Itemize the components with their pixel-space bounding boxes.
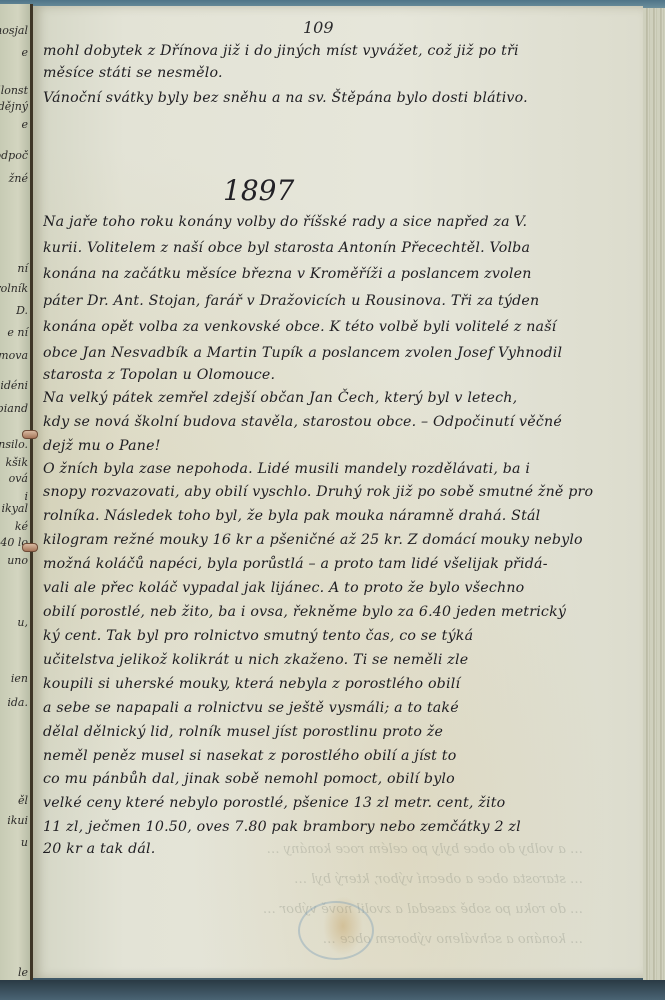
manuscript-page: 109 1897 … a volby do obce byly po celém…: [33, 6, 643, 978]
left-page-text-fragment: ěl: [18, 794, 28, 807]
text-line: snopy rozvazovati, aby obilí vyschlo. Dr…: [43, 482, 638, 502]
text-line: co mu pánbůh dal, jinak sobě nemohl pomo…: [43, 769, 638, 789]
text-line: Na velký pátek zemřel zdejší občan Jan Č…: [43, 388, 638, 408]
text-line: konána opět volba za venkovské obce. K t…: [43, 317, 638, 337]
text-line: obce Jan Nesvadbík a Martin Tupík a posl…: [43, 343, 638, 363]
text-line: neměl peněz musel si nasekat z porostléh…: [43, 746, 638, 766]
text-line: koupili si uherské mouky, která nebyla z…: [43, 674, 638, 694]
left-page-text-fragment: nsilo.: [0, 438, 28, 451]
text-line: 11 zl, ječmen 10.50, oves 7.80 pak bramb…: [43, 817, 638, 837]
text-line: kilogram režné mouky 16 kr a pšeničné až…: [43, 530, 638, 550]
left-page-text-fragment: uno: [7, 554, 28, 567]
left-page-text-fragment: odlonst: [0, 84, 28, 97]
page-number: 109: [303, 18, 334, 37]
binding-thread: [22, 543, 38, 552]
text-line: možná koláčů napéci, byla porůstlá – a p…: [43, 554, 638, 574]
text-line: 20 kr a tak dál.: [43, 839, 638, 859]
left-page-text-fragment: e: [21, 118, 28, 131]
text-line: dejž mu o Pane!: [43, 436, 638, 456]
left-page-text-fragment: ebiand: [0, 402, 28, 415]
bleed-through-text: … starosta obce a obecní výbor, který by…: [63, 872, 583, 887]
text-line: mohl dobytek z Dřínova již i do jiných m…: [43, 41, 638, 61]
left-page-text-fragment: mova: [0, 349, 28, 362]
left-page-text-fragment: ová: [9, 472, 28, 485]
year-heading: 1897: [223, 174, 294, 207]
page-stack-edges: [643, 8, 665, 980]
left-page-text-fragment: dějný: [0, 100, 28, 113]
left-page-text-fragment: rolník: [0, 282, 28, 295]
left-page-text-fragment: u: [21, 836, 28, 849]
left-page-text-fragment: idéni: [0, 379, 28, 392]
left-page-text-fragment: žné: [9, 172, 28, 185]
text-line: vali ale přec koláč vypadal jak lijánec.…: [43, 578, 638, 598]
text-line: O žních byla zase nepohoda. Lidé musili …: [43, 459, 638, 479]
left-page-text-fragment: le: [18, 966, 28, 979]
text-line: kdy se nová školní budova stavěla, staro…: [43, 412, 638, 432]
text-line: velké ceny které nebylo porostlé, pšenic…: [43, 793, 638, 813]
left-page-text-fragment: ien: [11, 672, 28, 685]
text-line: kurii. Volitelem z naší obce byl starost…: [43, 238, 638, 258]
text-line: obilí porostlé, neb žito, ba i ovsa, řek…: [43, 602, 638, 622]
stamp-bleed-through: [298, 901, 374, 960]
text-line: měsíce státi se nesmělo.: [43, 63, 638, 83]
binding-thread: [22, 430, 38, 439]
text-line: konána na začátku měsíce března v Kroměř…: [43, 264, 638, 284]
left-page-text-fragment: kšik: [6, 456, 29, 469]
previous-page-edge: nosjaleodlonstdějnýeodpočžnénírolníkD.e …: [0, 4, 30, 980]
text-line: starosta z Topolan u Olomouce.: [43, 365, 638, 385]
left-page-text-fragment: nosjal: [0, 24, 28, 37]
text-line: dělal dělnický lid, rolník musel jíst po…: [43, 722, 638, 742]
text-line: učitelstva jelikož kolikrát u nich zkaže…: [43, 650, 638, 670]
left-page-text-fragment: D.: [16, 304, 28, 317]
left-page-text-fragment: odpoč: [0, 149, 28, 162]
left-page-text-fragment: ida.: [7, 696, 28, 709]
text-line: a sebe se napapali a rolnictvu se ještě …: [43, 698, 638, 718]
left-page-text-fragment: ní: [17, 262, 28, 275]
text-line: páter Dr. Ant. Stojan, farář v Dražovicí…: [43, 291, 638, 311]
text-line: Vánoční svátky byly bez sněhu a na sv. Š…: [43, 88, 638, 108]
left-page-text-fragment: ikui: [7, 814, 28, 827]
left-page-text-fragment: e: [21, 46, 28, 59]
text-line: ký cent. Tak byl pro rolnictvo smutný te…: [43, 626, 638, 646]
book-bottom-edge: [0, 980, 665, 1000]
text-line: rolníka. Následek toho byl, že byla pak …: [43, 506, 638, 526]
text-line: Na jaře toho roku konány volby do říšské…: [43, 212, 638, 232]
left-page-text-fragment: e ní: [7, 326, 28, 339]
left-page-text-fragment: ké: [15, 520, 28, 533]
left-page-text-fragment: u,: [17, 616, 28, 629]
left-page-text-fragment: ikyal: [2, 502, 28, 515]
